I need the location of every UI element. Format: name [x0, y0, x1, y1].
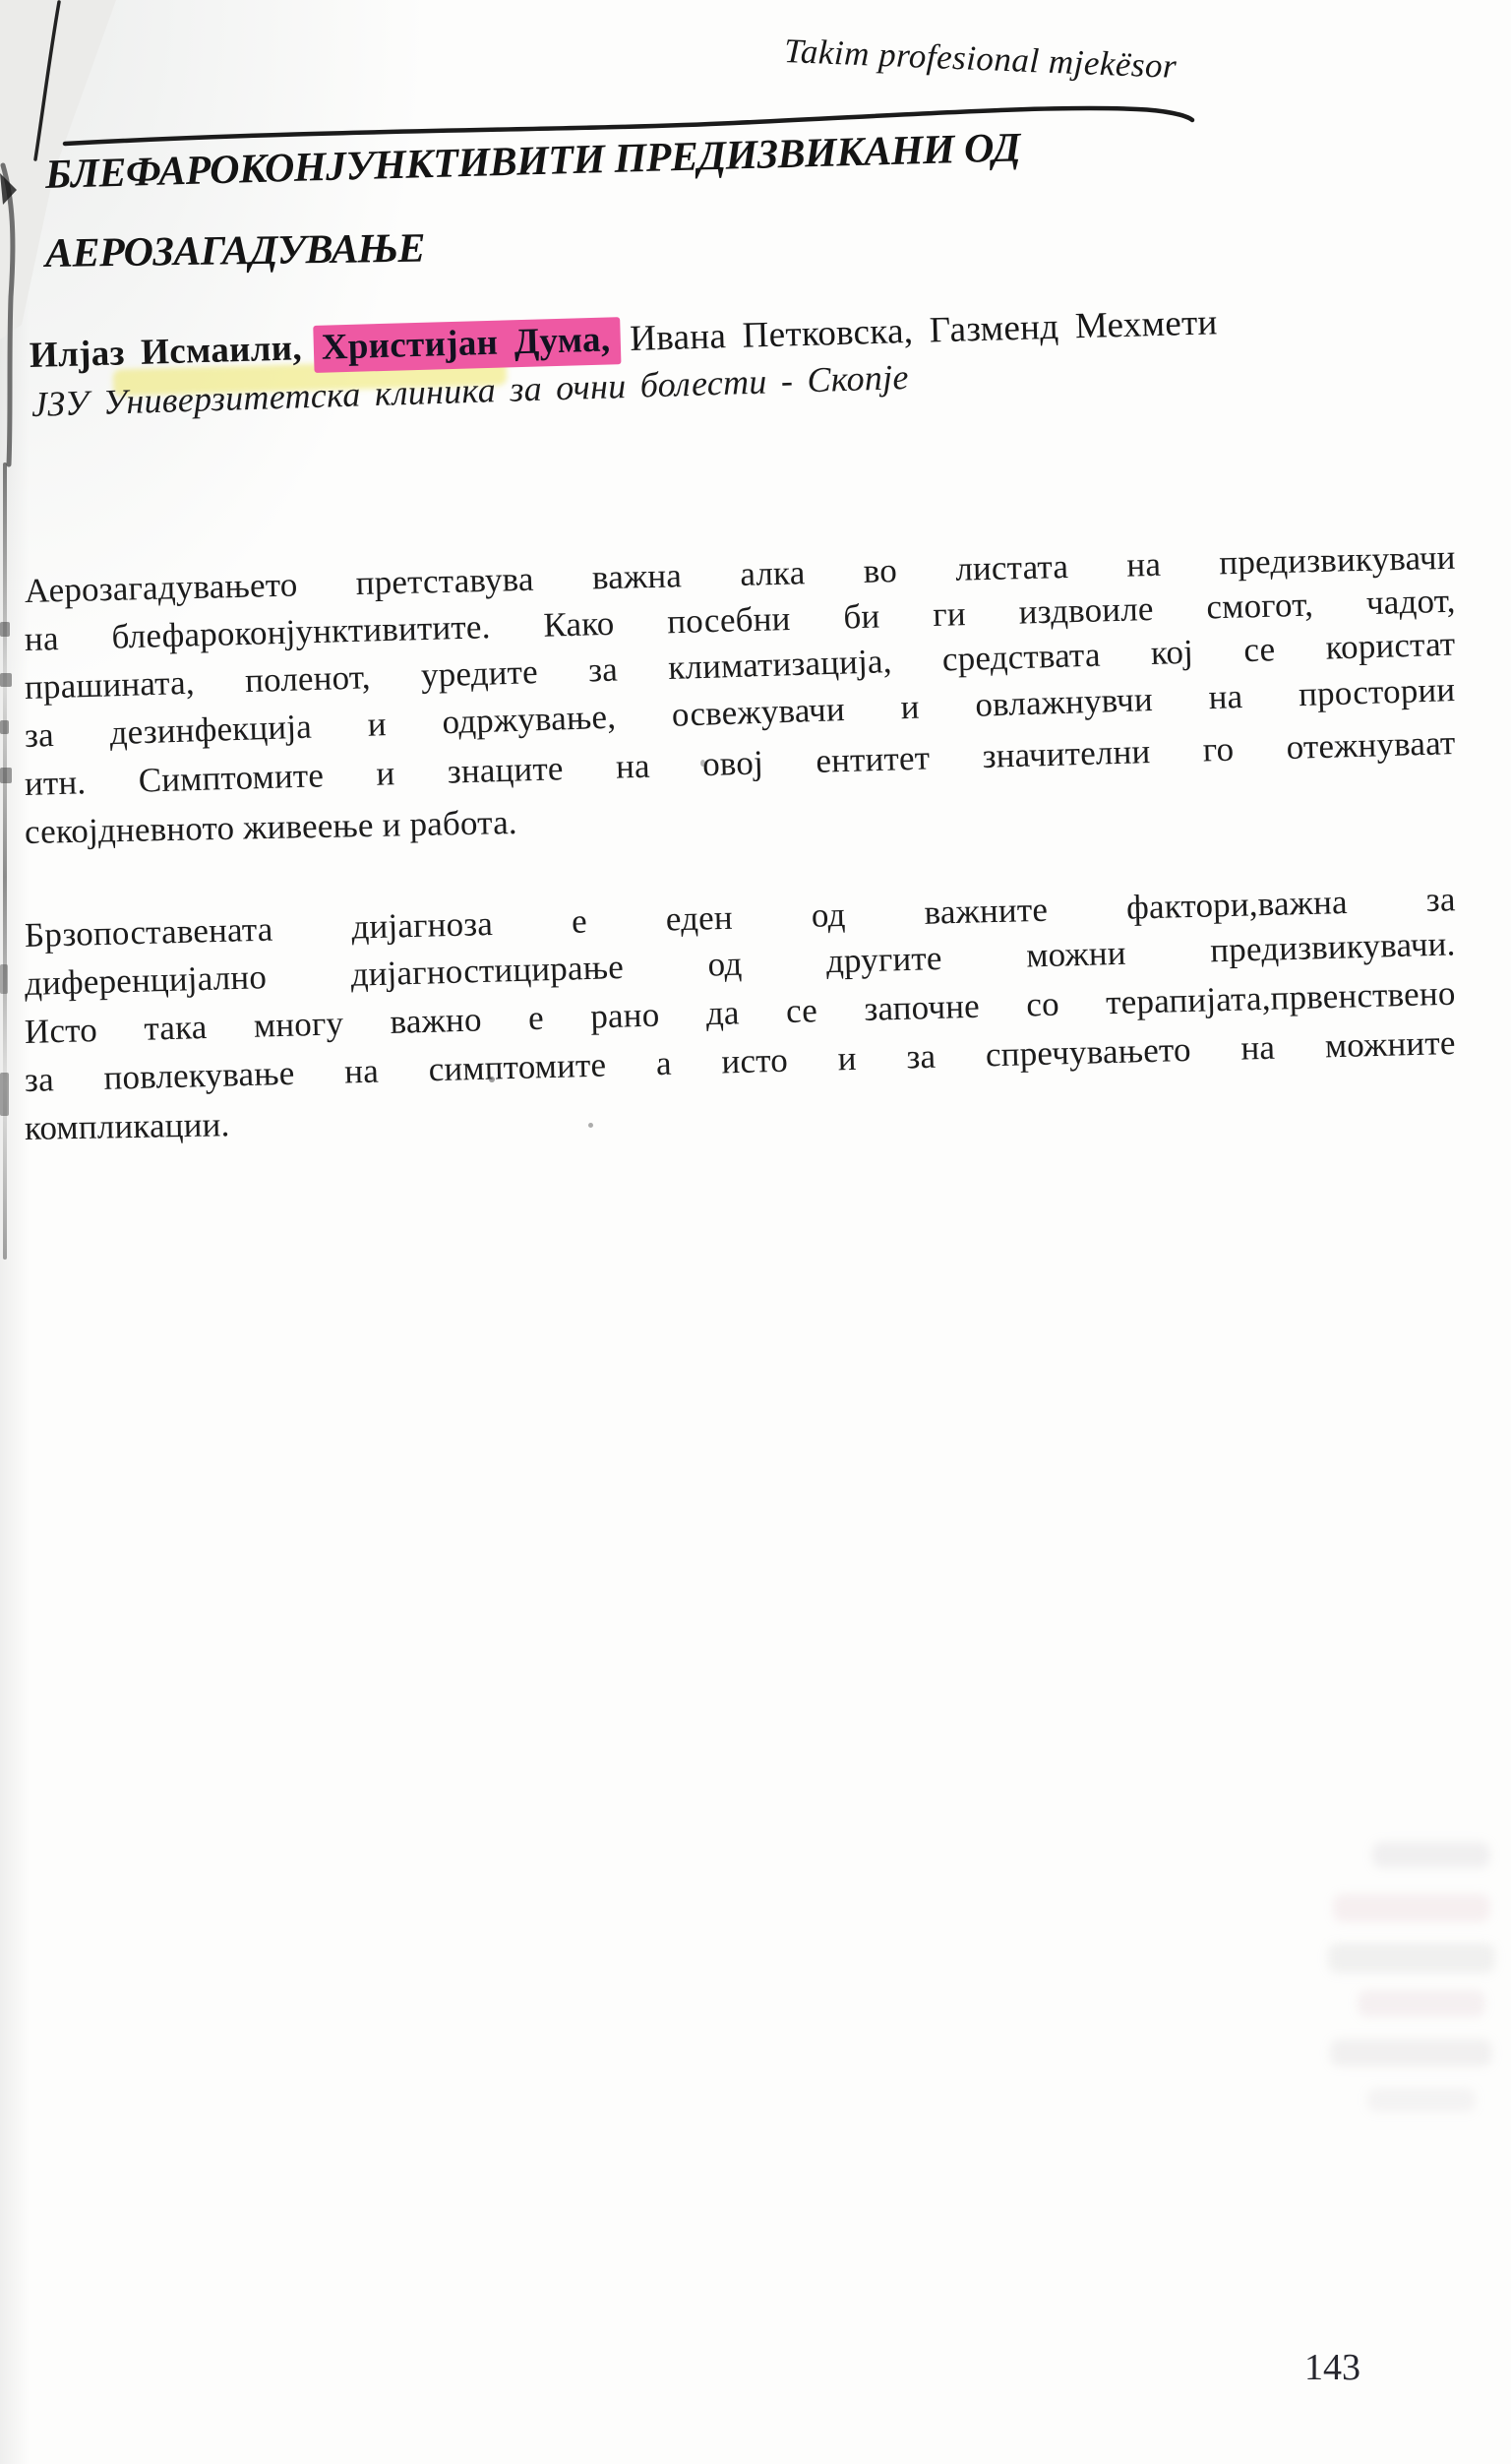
article-title: БЛЕФАРОКОНЈУНКТИВИТИ ПРЕДИЗВИКАНИ ОД АЕР… [45, 136, 1020, 293]
scan-mark [0, 673, 12, 687]
scan-mark [0, 1073, 9, 1116]
paragraph-2: Брзопоставената дијагноза е еден од важн… [25, 911, 1456, 1152]
bleed-through-mark [1330, 2039, 1492, 2066]
page-edge-line [3, 462, 7, 1260]
article-title-line2: АЕРОЗАГАДУВАЊЕ [44, 201, 1020, 293]
author-name-highlighted: Христијан Дума, [313, 317, 621, 373]
bleed-through-mark [1328, 1943, 1495, 1973]
bleed-through-mark [1367, 2088, 1476, 2112]
bleed-through-mark [1358, 1990, 1485, 2017]
bleed-through-mark [1372, 1842, 1490, 1868]
scan-speck [489, 1077, 495, 1082]
bleed-through-mark [1333, 1894, 1490, 1922]
scan-speck [700, 760, 705, 767]
author-name-lead: Илјаз Исмаили, [29, 328, 302, 376]
scan-mark [0, 768, 12, 783]
scan-speck [588, 1123, 593, 1128]
scan-mark [0, 622, 10, 637]
scanned-page: Takim profesional mjekësor БЛЕФАРОКОНЈУН… [0, 0, 1511, 2464]
page-number: 143 [1304, 2346, 1360, 2389]
running-head: Takim profesional mjekësor [783, 31, 1158, 86]
paragraph-1: Аерозагадувањето претставува важна алка … [25, 567, 1456, 856]
scan-mark [0, 964, 8, 994]
scan-mark [0, 720, 9, 734]
